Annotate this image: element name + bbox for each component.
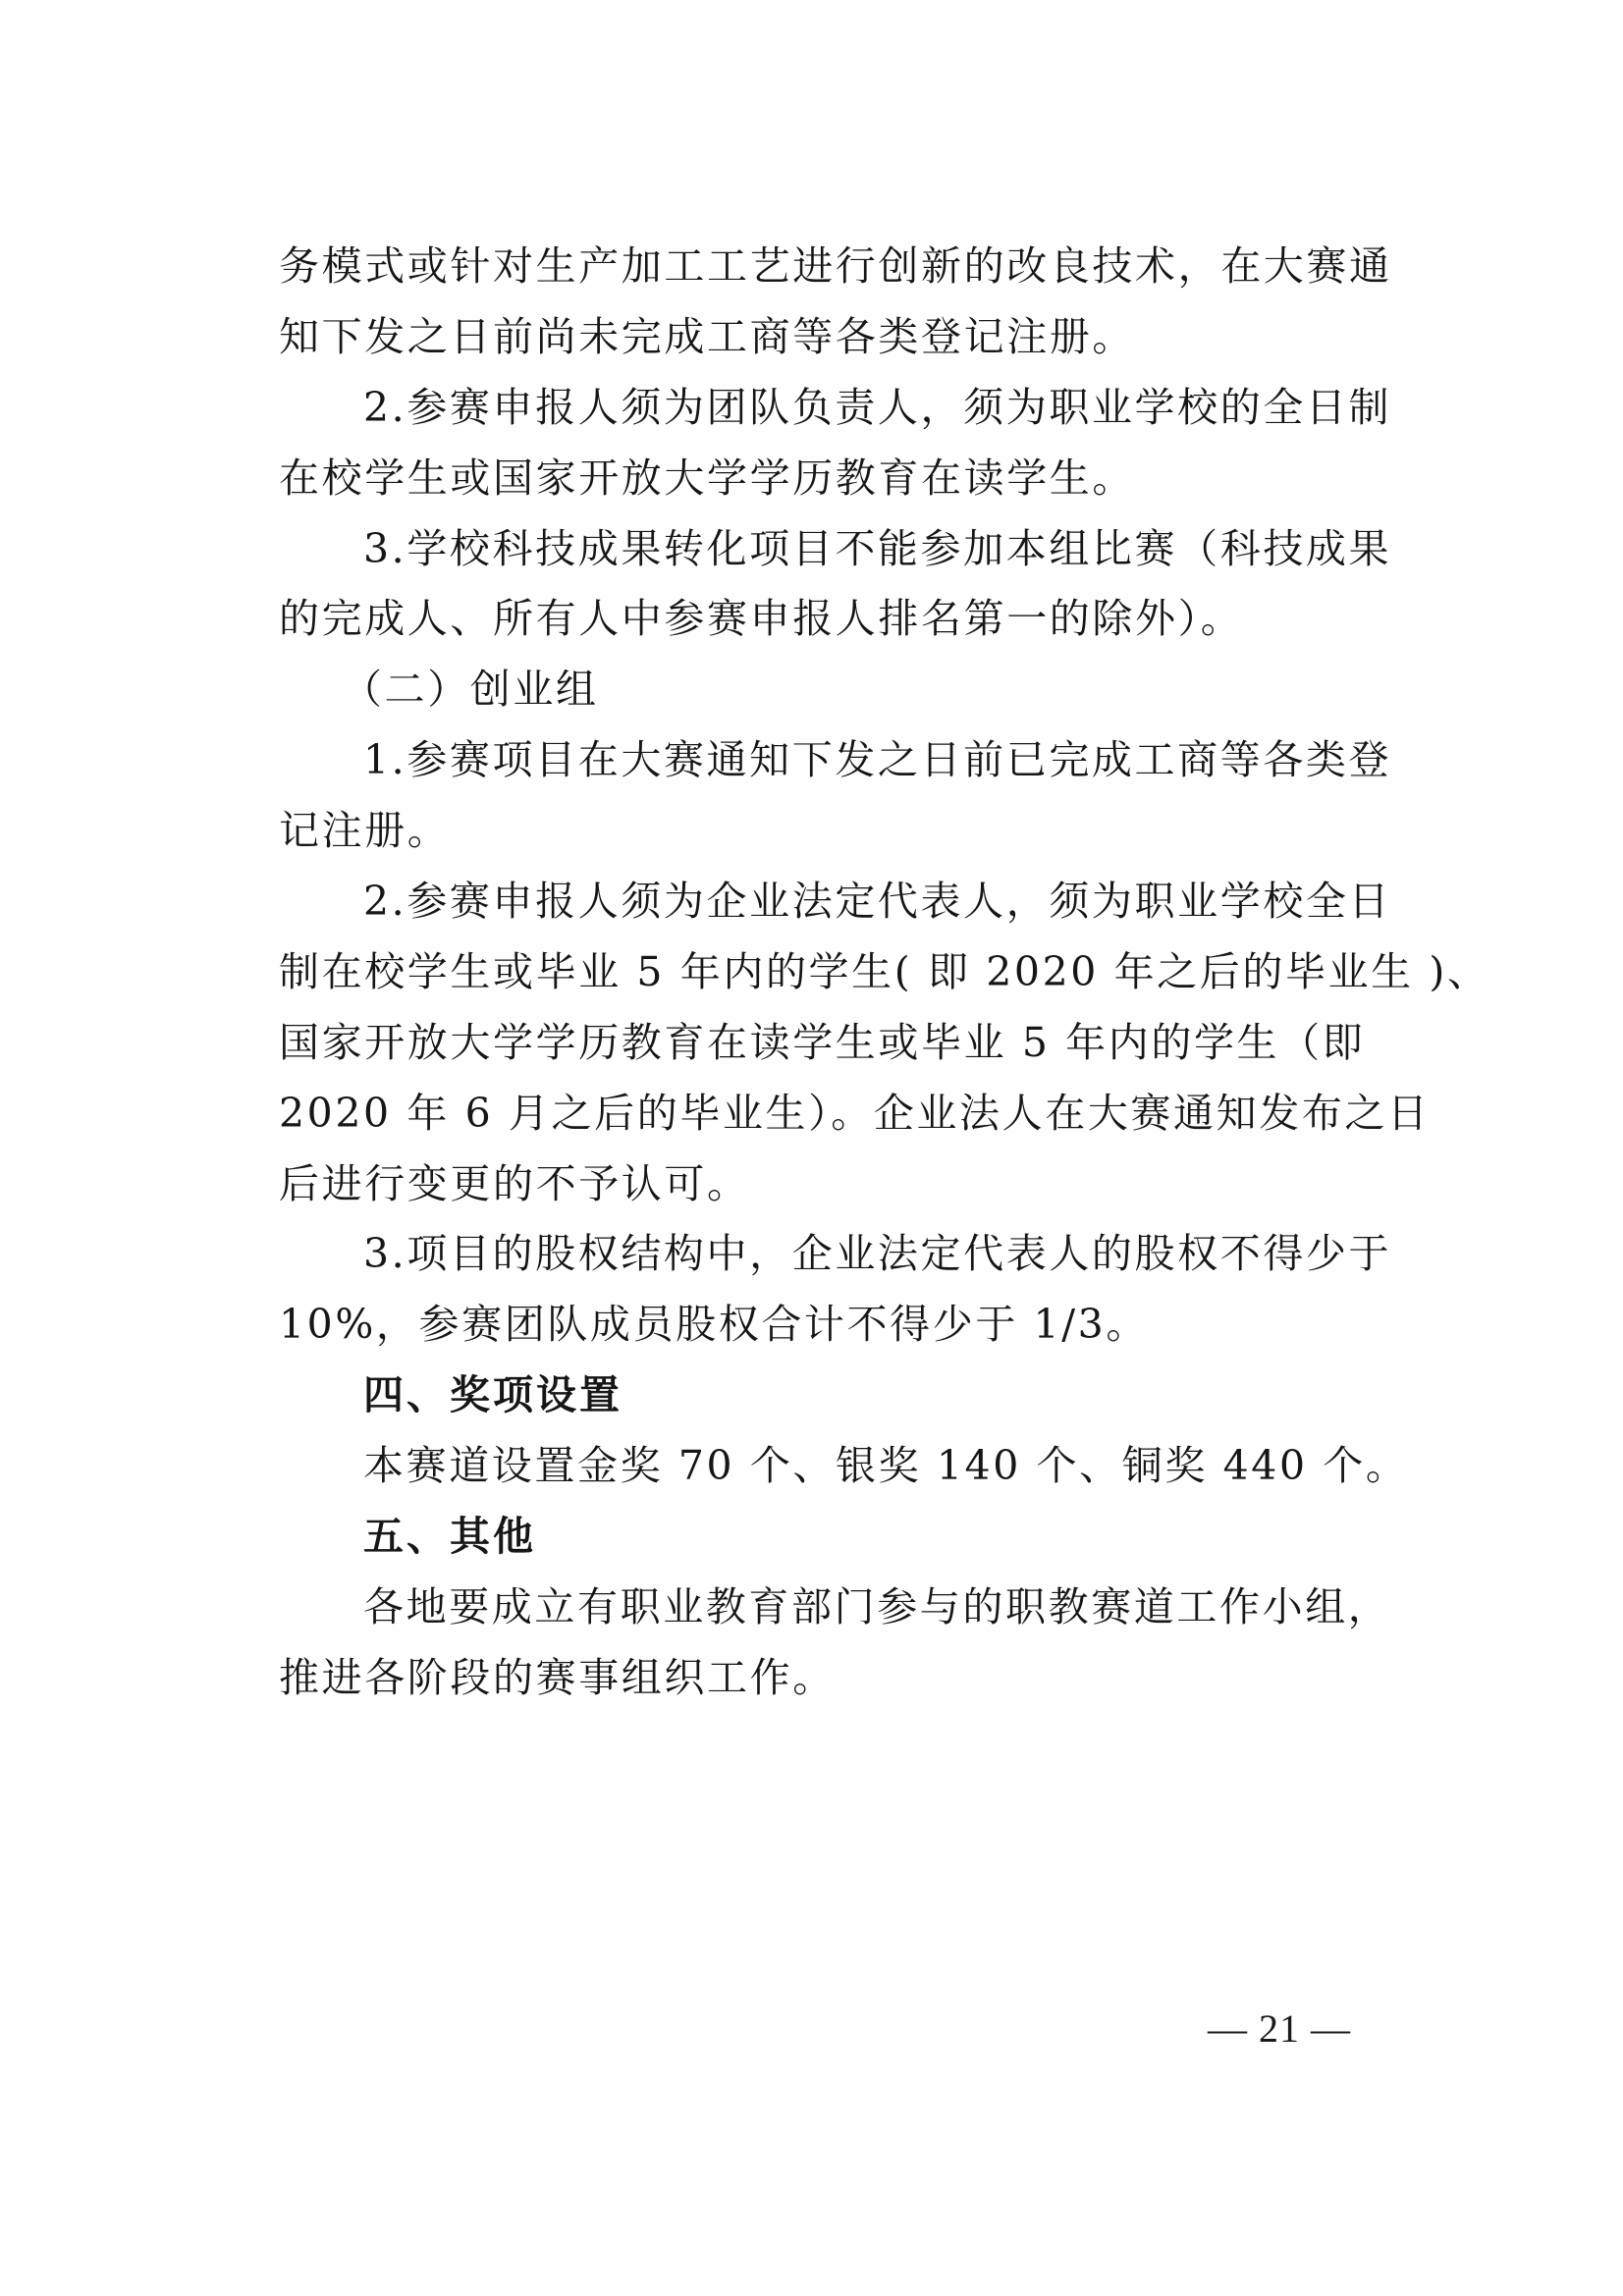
- paragraph-line-continued: 10%，参赛团队成员股权合计不得少于 1/3。: [279, 1290, 1359, 1361]
- paragraph-line-continued: 记注册。: [279, 796, 1359, 867]
- paragraph-line-continued: 推进各阶段的赛事组织工作。: [279, 1643, 1359, 1714]
- paragraph-line-continued: 的完成人、所有人中参赛申报人排名第一的除外）。: [279, 584, 1359, 655]
- paragraph-line-continued: 务模式或针对生产加工工艺进行创新的改良技术，在大赛通: [279, 232, 1359, 302]
- paragraph-line-continued: 2020 年 6 月之后的毕业生）。企业法人在大赛通知发布之日: [279, 1079, 1359, 1149]
- paragraph-line-continued: 后进行变更的不予认可。: [279, 1149, 1359, 1220]
- item-2-team-leader-requirement: 2.参赛申报人须为团队负责人，须为职业学校的全日制: [279, 373, 1359, 444]
- item-1-registration-requirement: 1.参赛项目在大赛通知下发之日前已完成工商等各类登: [279, 725, 1359, 796]
- page-number: — 21 —: [1208, 2005, 1351, 2052]
- paragraph-line-continued: 知下发之日前尚未完成工商等各类登记注册。: [279, 302, 1359, 373]
- section-heading-other: 五、其他: [279, 1502, 1359, 1573]
- awards-paragraph: 本赛道设置金奖 70 个、银奖 140 个、铜奖 440 个。: [279, 1431, 1359, 1502]
- item-2-legal-representative-requirement: 2.参赛申报人须为企业法定代表人，须为职业学校全日: [279, 867, 1359, 937]
- paragraph-line-continued: 制在校学生或毕业 5 年内的学生( 即 2020 年之后的毕业生 )、: [279, 937, 1359, 1008]
- paragraph-line-continued: 国家开放大学学历教育在读学生或毕业 5 年内的学生（即: [279, 1008, 1359, 1079]
- subheading-startup-group: （二）创业组: [279, 655, 1359, 725]
- other-paragraph: 各地要成立有职业教育部门参与的职教赛道工作小组，: [279, 1573, 1359, 1643]
- document-page: 务模式或针对生产加工工艺进行创新的改良技术，在大赛通 知下发之日前尚未完成工商等…: [0, 0, 1623, 2296]
- item-3-tech-transfer-exclusion: 3.学校科技成果转化项目不能参加本组比赛（科技成果: [279, 514, 1359, 585]
- paragraph-line-continued: 在校学生或国家开放大学学历教育在读学生。: [279, 444, 1359, 514]
- item-3-equity-structure-requirement: 3.项目的股权结构中，企业法定代表人的股权不得少于: [279, 1219, 1359, 1290]
- document-body: 务模式或针对生产加工工艺进行创新的改良技术，在大赛通 知下发之日前尚未完成工商等…: [279, 232, 1359, 1714]
- section-heading-awards: 四、奖项设置: [279, 1361, 1359, 1431]
